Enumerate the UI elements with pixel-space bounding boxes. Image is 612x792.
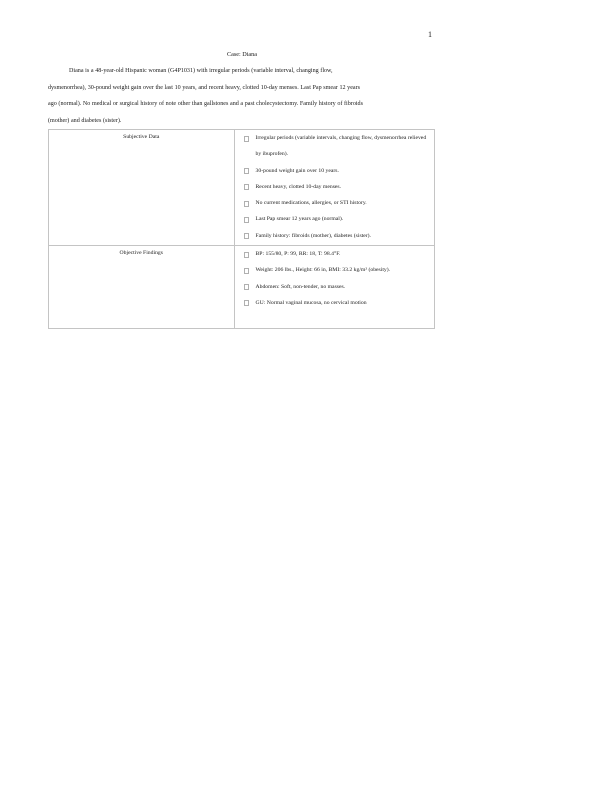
findings-table: Subjective Data Irregular periods (varia… (48, 129, 435, 329)
list-item: Weight: 206 lbs., Height: 66 in, BMI: 33… (244, 262, 430, 278)
objective-list: BP: 155/80, P: 99, RR: 18, T: 98.4°F. We… (244, 246, 430, 311)
list-item: BP: 155/80, P: 99, RR: 18, T: 98.4°F. (244, 246, 430, 262)
intro-line: (mother) and diabetes (sister). (48, 113, 438, 130)
subjective-list: Irregular periods (variable intervals, c… (244, 130, 430, 244)
row-content: Irregular periods (variable intervals, c… (234, 130, 434, 246)
list-item: Family history: fibroids (mother), diabe… (244, 228, 430, 244)
list-item: 30-pound weight gain over 10 years. (244, 163, 430, 179)
checkbox-bullet-icon (244, 268, 250, 274)
list-item: Abdomen: Soft, non-tender, no masses. (244, 279, 430, 295)
page-number: 1 (428, 30, 432, 39)
checkbox-bullet-icon (244, 136, 250, 142)
checkbox-bullet-icon (244, 201, 250, 207)
checkbox-bullet-icon (244, 252, 250, 258)
checkbox-bullet-icon (244, 284, 250, 290)
list-item: Last Pap smear 12 years ago (normal). (244, 211, 430, 227)
list-item: Irregular periods (variable intervals, c… (244, 130, 430, 163)
checkbox-bullet-icon (244, 233, 250, 239)
row-label: Subjective Data (49, 130, 235, 246)
intro-line: ago (normal). No medical or surgical his… (48, 96, 438, 113)
list-item: No current medications, allergies, or ST… (244, 195, 430, 211)
list-item: GU: Normal vaginal mucosa, no cervical m… (244, 295, 430, 311)
row-content: BP: 155/80, P: 99, RR: 18, T: 98.4°F. We… (234, 246, 434, 329)
case-intro-paragraph: Diana is a 48-year-old Hispanic woman (G… (48, 63, 438, 129)
document-title: Case: Diana (0, 51, 484, 58)
table-row-subjective: Subjective Data Irregular periods (varia… (49, 130, 435, 246)
checkbox-bullet-icon (244, 184, 250, 190)
intro-line: Diana is a 48-year-old Hispanic woman (G… (48, 63, 438, 80)
table-row-objective: Objective Findings BP: 155/80, P: 99, RR… (49, 246, 435, 329)
checkbox-bullet-icon (244, 217, 250, 223)
list-item: Recent heavy, clotted 10-day menses. (244, 179, 430, 195)
intro-line: dysmenorrhea), 30-pound weight gain over… (48, 80, 438, 97)
checkbox-bullet-icon (244, 168, 250, 174)
row-label: Objective Findings (49, 246, 235, 329)
checkbox-bullet-icon (244, 300, 250, 306)
